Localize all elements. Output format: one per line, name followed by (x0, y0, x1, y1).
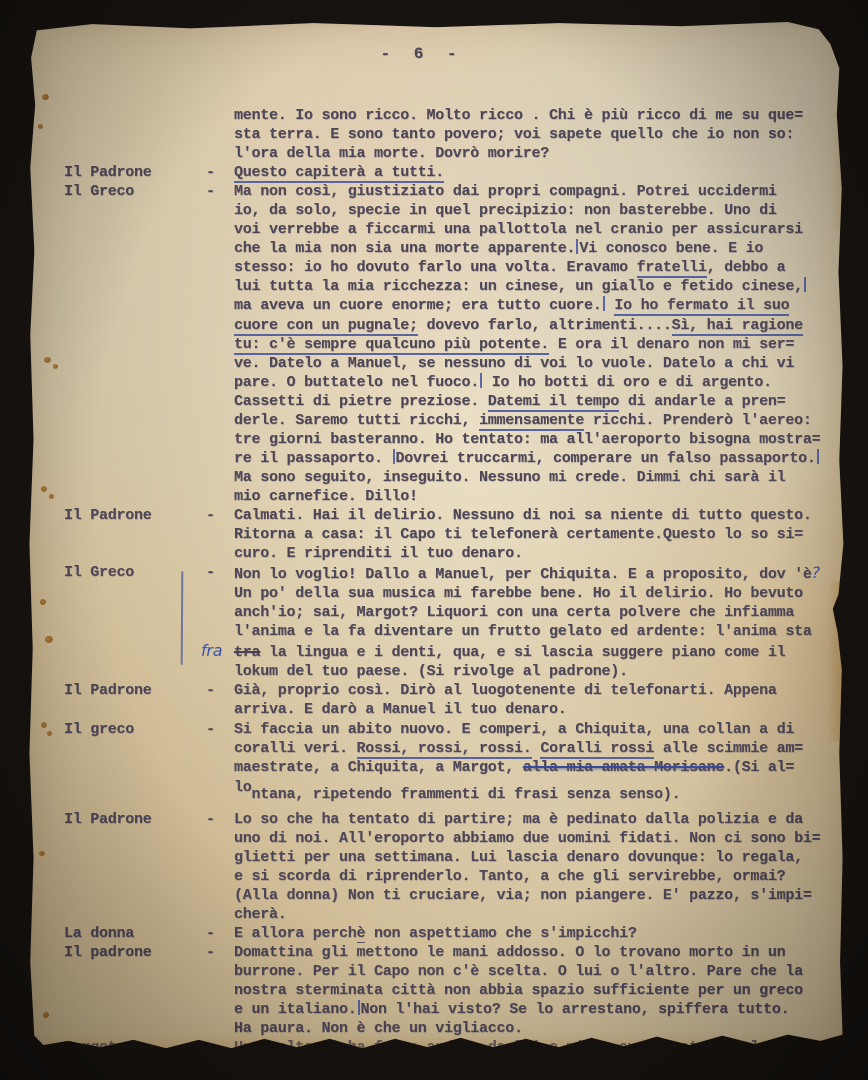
text-segment (606, 297, 615, 314)
text-segment: pare. O buttatelo nel fuoco. (234, 374, 479, 391)
text-segment: maestrate, a Chiquita, a Margot, (234, 759, 523, 776)
text-segment: curo. E riprenditi il tuo denaro. (234, 545, 523, 562)
script-line: arriva. E darò a Manuel il tuo denaro. (234, 700, 831, 719)
script-line: anch'io; sai, Margot? Liquori con una ce… (234, 603, 831, 622)
text-segment: che la mia non sia una morte apparente. (234, 240, 575, 257)
script-line: io, da solo, specie in quel precipizio: … (234, 201, 831, 220)
text-segment: lokum del tuo paese. (Si rivolge al padr… (234, 663, 628, 680)
text-segment: voi verrebbe a ficcarmi una pallottola n… (234, 221, 803, 238)
script-line: che la mia non sia una morte apparente.V… (234, 239, 831, 258)
script-line: sta terra. E sono tanto povero; voi sape… (234, 125, 831, 144)
text-segment: ve. Datelo a Manuel, se nessuno di voi l… (234, 355, 794, 372)
underlined-text: Sì, hai ragione (672, 317, 803, 336)
text-segment: Calmati. Hai il delirio. Nessuno di noi … (234, 507, 812, 524)
struck-text: tra (234, 644, 260, 661)
text-segment: Un po' della sua musica mi farebbe bene.… (234, 585, 803, 602)
script-line: e si scorda di riprenderlo. Tanto, a che… (234, 867, 831, 886)
rust-spot (45, 636, 53, 643)
speaker-name: Il greco (64, 720, 206, 804)
speech-block: Margot-Una volta mi ha fatto andare da l… (64, 1038, 831, 1057)
speech-lines: Già, proprio così. Dirò al luogotenente … (234, 681, 831, 719)
text-segment: Ma sono seguito, inseguito. Nessuno mi c… (234, 469, 785, 486)
text-segment: E allora perch (234, 925, 357, 942)
underlined-text: fratelli (637, 259, 707, 278)
script-line: Non lo voglio! Dallo a Manuel, per Chiqu… (234, 563, 831, 584)
script-line: lui tutta la mia ricchezza: un cinese, u… (234, 277, 831, 296)
speech-lines: mente. Io sono ricco. Molto ricco . Chi … (234, 106, 831, 163)
speaker-dash: - (206, 163, 234, 182)
speaker-dash: - (206, 924, 234, 943)
text-segment: mente. Io sono ricco. Molto ricco . Chi … (234, 107, 803, 124)
text-segment: anch'io; sai, Margot? Liquori con una ce… (234, 604, 794, 621)
script-line: lokum del tuo paese. (Si rivolge al padr… (234, 662, 831, 681)
text-segment: Ha paura. Non è che un vigliacco. (234, 1020, 523, 1037)
underlined-text: Rossi, rossi, rossi. (357, 740, 532, 759)
speaker-name: Il Greco (64, 182, 206, 506)
text-segment: l'ora della mia morte. Dovrò morire? (234, 145, 549, 162)
script-line: tu: c'è sempre qualcuno più potente. E o… (234, 335, 831, 354)
script-line: E allora perchè non aspettiamo che s'imp… (234, 924, 831, 943)
text-segment: arriva. E darò a Manuel il tuo denaro. (234, 701, 567, 718)
insertion-mark (576, 239, 578, 254)
script-line: cuore con un pugnale; dovevo farlo, altr… (234, 316, 831, 335)
script-line: Ma sono seguito, inseguito. Nessuno mi c… (234, 468, 831, 487)
script-line: Ha paura. Non è che un vigliacco. (234, 1019, 831, 1038)
speech-lines: Ma non così, giustiziato dai propri comp… (234, 182, 831, 506)
text-segment: derle. Saremo tutti ricchi, (234, 412, 479, 429)
text-segment: uno di noi. All'eroporto abbiamo due uom… (234, 830, 820, 847)
script-line: Calmati. Hai il delirio. Nessuno di noi … (234, 506, 831, 525)
script-line: ve. Datelo a Manuel, se nessuno di voi l… (234, 354, 831, 373)
speech-lines: Una volta mi ha fatto andare da lui e mi… (234, 1038, 831, 1057)
underlined-text: Datemi il tempo (488, 393, 619, 412)
speaker-name (64, 106, 206, 163)
script-line: Questo capiterà a tutti. (234, 163, 831, 182)
script-line: tre giorni basteranno. Ho tentato: ma al… (234, 430, 831, 449)
script-line: Lo so che ha tentato di partire; ma è pe… (234, 810, 831, 829)
speaker-dash: - (206, 506, 234, 563)
script-line: nostra sterminata città non abbia spazio… (234, 981, 831, 1000)
script-line: curo. E riprenditi il tuo denaro. (234, 544, 831, 563)
speech-block: Il greco-Si faccia un abito nuovo. E com… (64, 720, 831, 804)
rust-spot (49, 494, 54, 499)
speech-block: mente. Io sono ricco. Molto ricco . Chi … (64, 106, 831, 163)
text-segment: Ma non così, giustiziato dai propri comp… (234, 183, 777, 200)
speech-lines: Si faccia un abito nuovo. E comperi, a C… (234, 720, 831, 804)
text-segment: di andarle a pren= (619, 393, 785, 410)
script-line: Si faccia un abito nuovo. E comperi, a C… (234, 720, 831, 739)
script-line: cherà. (234, 905, 831, 924)
speaker-dash: - (206, 681, 234, 719)
speaker-name: Margot (64, 1038, 206, 1057)
script-line: (Alla donna) Non ti cruciare, via; non p… (234, 886, 831, 905)
text-segment: E ora il denaro non mi ser= (549, 336, 794, 353)
script-line: Un po' della sua musica mi farebbe bene.… (234, 584, 831, 603)
text-segment: non aspettiamo che s'impicchi? (365, 925, 636, 942)
speech-block: Il Greco-Ma non così, giustiziato dai pr… (64, 182, 831, 506)
rust-spot (43, 1012, 49, 1018)
text-segment: Io ho botti di oro e di argento. (483, 374, 772, 391)
insertion-mark (817, 449, 819, 464)
underlined-text: cuore con un pugnale; (234, 317, 418, 336)
rust-spot (39, 851, 45, 856)
script-line: coralli veri. Rossi, rossi, rossi. Coral… (234, 739, 831, 758)
underlined-text: Io ho fermato il suo (614, 297, 789, 316)
underlined-text: è (357, 925, 366, 943)
scan-background: { "page": { "number": "- 6 -" }, "colors… (0, 0, 868, 1080)
speech-block: Il Padrone-Già, proprio così. Dirò al lu… (64, 681, 831, 719)
script-line: lontana, ripetendo frammenti di frasi se… (234, 785, 831, 804)
speaker-name: Il Padrone (64, 810, 206, 924)
speech-block: Il padrone-Domattina gli mettono le mani… (64, 943, 831, 1038)
text-segment: re il passaporto. (234, 450, 392, 467)
text-segment: ntana, ripetendo frammenti di frasi senz… (252, 786, 681, 803)
speech-lines: Lo so che ha tentato di partire; ma è pe… (234, 810, 831, 924)
speaker-dash: - (206, 720, 234, 804)
speech-lines: Calmati. Hai il delirio. Nessuno di noi … (234, 506, 831, 563)
text-segment: Non l'hai visto? Se lo arrestano, spiffe… (361, 1001, 790, 1018)
text-segment: stesso: io ho dovuto farlo una volta. Er… (234, 259, 637, 276)
script-line: Una volta mi ha fatto andare da lui e mi… (234, 1038, 831, 1057)
speech-lines: Questo capiterà a tutti. (234, 163, 831, 182)
rust-spot (41, 722, 47, 728)
underlined-text: Coralli rossi (540, 740, 654, 759)
script-line: ma aveva un cuore enorme; era tutto cuor… (234, 296, 831, 315)
speaker-dash: - (206, 943, 234, 1038)
rust-spot (44, 357, 51, 363)
script-line: Già, proprio così. Dirò al luogotenente … (234, 681, 831, 700)
text-segment: Ritorna a casa: il Capo ti telefonerà ce… (234, 526, 803, 543)
speaker-name: Il padrone (64, 943, 206, 1038)
speaker-name: Il Padrone (64, 681, 206, 719)
rust-spot (40, 599, 46, 605)
text-segment: cherà. (234, 906, 287, 923)
script-line: e un italiano.Non l'hai visto? Se lo arr… (234, 1000, 831, 1019)
text-segment: coralli veri. (234, 740, 357, 757)
script-line: mente. Io sono ricco. Molto ricco . Chi … (234, 106, 831, 125)
text-segment: ricchi. Prenderò l'aereo: (584, 412, 812, 429)
speaker-dash: - (206, 1038, 234, 1057)
script-line: l'anima e la fa diventare un frutto gela… (234, 622, 831, 641)
text-segment: Vi conosco bene. E io (579, 240, 763, 257)
script-line: stesso: io ho dovuto farlo una volta. Er… (234, 258, 831, 277)
script-line: uno di noi. All'eroporto abbiamo due uom… (234, 829, 831, 848)
insertion-mark (393, 449, 395, 464)
script-line: burrone. Per il Capo non c'è scelta. O l… (234, 962, 831, 981)
speaker-dash (206, 106, 234, 163)
handwritten-mark: ? (812, 563, 820, 582)
script-text: mente. Io sono ricco. Molto ricco . Chi … (27, 106, 845, 1057)
speech-block: Il Padrone-Calmati. Hai il delirio. Ness… (64, 506, 831, 563)
insertion-mark (603, 296, 605, 311)
text-segment: alle scimmie am= (654, 740, 803, 757)
text-segment: tre giorni basteranno. Ho tentato: ma al… (234, 431, 820, 448)
rust-spot (47, 731, 52, 736)
text-segment: Cassetti di pietre preziose. (234, 393, 488, 410)
insertion-mark (358, 1000, 360, 1015)
text-segment (532, 740, 541, 757)
speech-block: Il Padrone-Questo capiterà a tutti. (64, 163, 831, 182)
rust-spot (53, 364, 58, 369)
speech-lines: Non lo voglio! Dallo a Manuel, per Chiqu… (234, 563, 831, 681)
typewritten-page: - 6 - mente. Io sono ricco. Molto ricco … (27, 21, 845, 1067)
underlined-text: tu: c'è sempre qualcuno più potente. (234, 336, 549, 355)
speaker-dash: - (206, 182, 234, 506)
page-number: - 6 - (362, 45, 482, 63)
speech-lines: Domattina gli mettono le mani addosso. O… (234, 943, 831, 1038)
text-segment: nostra sterminata città non abbia spazio… (234, 982, 803, 999)
text-segment: sta terra. E sono tanto povero; voi sape… (234, 126, 794, 143)
edge-stain (831, 111, 845, 231)
script-line: pare. O buttatelo nel fuoco. Io ho botti… (234, 373, 831, 392)
script-line: Domattina gli mettono le mani addosso. O… (234, 943, 831, 962)
text-segment: .(Si al= (724, 759, 794, 776)
speech-lines: E allora perchè non aspettiamo che s'imp… (234, 924, 831, 943)
script-line: voi verrebbe a ficcarmi una pallottola n… (234, 220, 831, 239)
edge-stain (827, 581, 845, 741)
text-segment: burrone. Per il Capo non c'è scelta. O l… (234, 963, 803, 980)
text-segment: Non lo voglio! Dallo a Manuel, per Chiqu… (234, 566, 812, 583)
raised-text: lo (234, 778, 252, 797)
speaker-name: Il Greco (64, 563, 206, 681)
text-segment: Dovrei truccarmi, comperare un falso pas… (396, 450, 816, 467)
rust-spot (38, 124, 43, 129)
text-segment: (Alla donna) Non ti cruciare, via; non p… (234, 887, 812, 904)
text-segment: Lo so che ha tentato di partire; ma è pe… (234, 811, 803, 828)
script-line: Ma non così, giustiziato dai propri comp… (234, 182, 831, 201)
underlined-text: Questo capiterà a tutti. (234, 164, 444, 183)
text-segment: Già, proprio così. Dirò al luogotenente … (234, 682, 777, 699)
insertion-mark (804, 277, 806, 292)
text-segment: lui tutta la mia ricchezza: un cinese, u… (234, 278, 803, 295)
speech-block: Il Greco-Non lo voglio! Dallo a Manuel, … (64, 563, 831, 681)
speaker-name: Il Padrone (64, 506, 206, 563)
text-segment: l'anima e la fa diventare un frutto gela… (234, 623, 812, 640)
text-segment: Una volta mi ha fatto andare da lui e mi… (234, 1039, 803, 1056)
underlined-text: immensamente (479, 412, 584, 431)
insertion-mark (480, 373, 482, 388)
text-segment: glietti per una settimana. Lui lascia de… (234, 849, 803, 866)
rust-spot (41, 486, 47, 492)
text-segment: dovevo farlo, altrimenti.... (418, 317, 672, 334)
script-line: l'ora della mia morte. Dovrò morire? (234, 144, 831, 163)
text-segment: la lingua e i denti, qua, e si lascia su… (260, 644, 785, 661)
rust-spot (42, 94, 49, 100)
struck-text: alla mia amata Morisane (523, 759, 724, 776)
text-segment: Domattina gli mettono le mani addosso. O… (234, 944, 785, 961)
speaker-dash: - (206, 810, 234, 924)
text-segment: Si faccia un abito nuovo. E comperi, a C… (234, 721, 794, 738)
speaker-name: Il Padrone (64, 163, 206, 182)
speech-block: La donna-E allora perchè non aspettiamo … (64, 924, 831, 943)
text-segment: e un italiano. (234, 1001, 357, 1018)
script-line: fratra la lingua e i denti, qua, e si la… (234, 641, 831, 662)
text-segment: e si scorda di riprenderlo. Tanto, a che… (234, 868, 785, 885)
script-line: Ritorna a casa: il Capo ti telefonerà ce… (234, 525, 831, 544)
text-segment: mio carnefice. Dillo! (234, 488, 418, 505)
text-segment: , debbo a (707, 259, 786, 276)
speaker-name: La donna (64, 924, 206, 943)
script-line: maestrate, a Chiquita, a Margot, alla mi… (234, 758, 831, 777)
script-line: re il passaporto. Dovrei truccarmi, comp… (234, 449, 831, 468)
script-line: mio carnefice. Dillo! (234, 487, 831, 506)
text-segment: io, da solo, specie in quel precipizio: … (234, 202, 777, 219)
text-segment: ma aveva un cuore enorme; era tutto cuor… (234, 297, 602, 314)
speaker-dash: - (206, 563, 234, 681)
speech-block: Il Padrone-Lo so che ha tentato di parti… (64, 810, 831, 924)
script-line: glietti per una settimana. Lui lascia de… (234, 848, 831, 867)
script-line: Cassetti di pietre preziose. Datemi il t… (234, 392, 831, 411)
script-line: derle. Saremo tutti ricchi, immensamente… (234, 411, 831, 430)
